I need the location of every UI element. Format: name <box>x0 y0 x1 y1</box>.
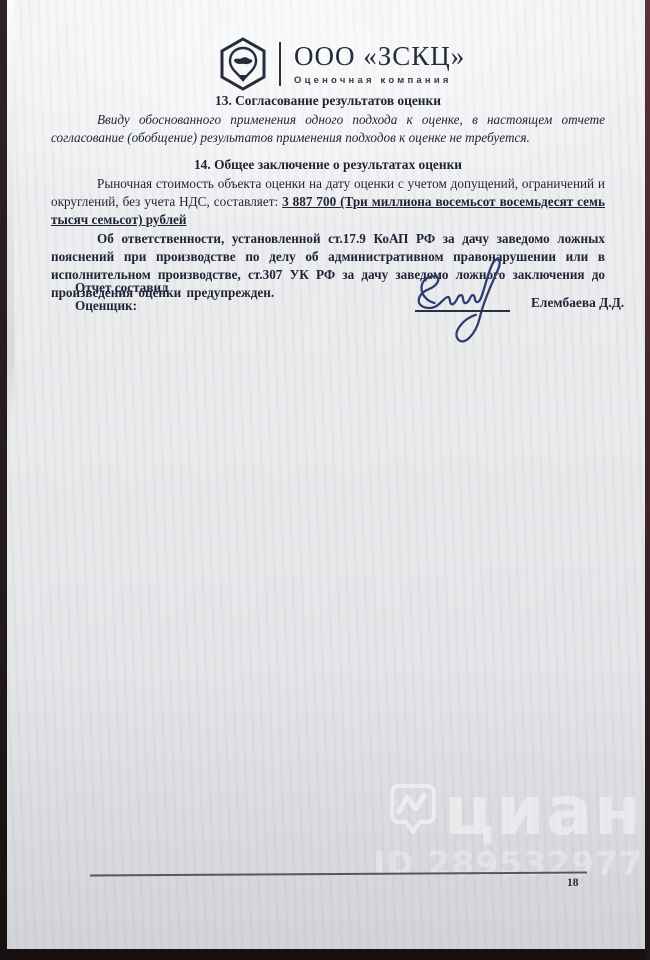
signature-block: Отчет составил Оценщик: Елембаева Д.Д. <box>75 277 605 367</box>
cian-pin-icon <box>390 782 436 834</box>
handwritten-signature <box>405 255 523 355</box>
signature-group: Елембаева Д.Д. <box>405 255 645 365</box>
signature-line <box>415 310 510 312</box>
section-13-heading: 13. Согласование результатов оценки <box>51 92 605 110</box>
prepared-by-label: Отчет составил <box>75 279 168 297</box>
watermark-listing-id: ID 289532977 <box>373 847 643 880</box>
document-photo: ООО «ЗСКЦ» Оценочная компания 13. Соглас… <box>0 0 650 960</box>
company-logo: ООО «ЗСКЦ» Оценочная компания <box>217 36 465 92</box>
watermark-brand-row: циан <box>390 780 643 845</box>
hexagon-map-pin-icon <box>217 36 269 92</box>
company-name: ООО «ЗСКЦ» <box>294 42 465 70</box>
page-left-edge-highlight <box>7 0 14 420</box>
footer-rule <box>90 871 587 876</box>
signer-name: Елембаева Д.Д. <box>531 295 624 311</box>
market-value-paragraph: Рыночная стоимость объекта оценки на дат… <box>51 175 605 229</box>
page-number: 18 <box>567 877 579 889</box>
cian-watermark: циан ID 289532977 <box>363 780 643 880</box>
logo-text: ООО «ЗСКЦ» Оценочная компания <box>294 42 465 85</box>
logo-divider <box>279 42 281 86</box>
section-14-heading: 14. Общее заключение о результатах оценк… <box>51 156 605 174</box>
photo-right-edge <box>645 0 650 960</box>
signature-labels: Отчет составил Оценщик: <box>75 279 168 315</box>
company-tagline: Оценочная компания <box>294 75 465 86</box>
watermark-brand-text: циан <box>444 780 643 845</box>
appraiser-label: Оценщик: <box>75 297 168 315</box>
section-13-paragraph: Ввиду обоснованного применения одного по… <box>51 111 605 147</box>
report-page: ООО «ЗСКЦ» Оценочная компания 13. Соглас… <box>7 0 645 949</box>
